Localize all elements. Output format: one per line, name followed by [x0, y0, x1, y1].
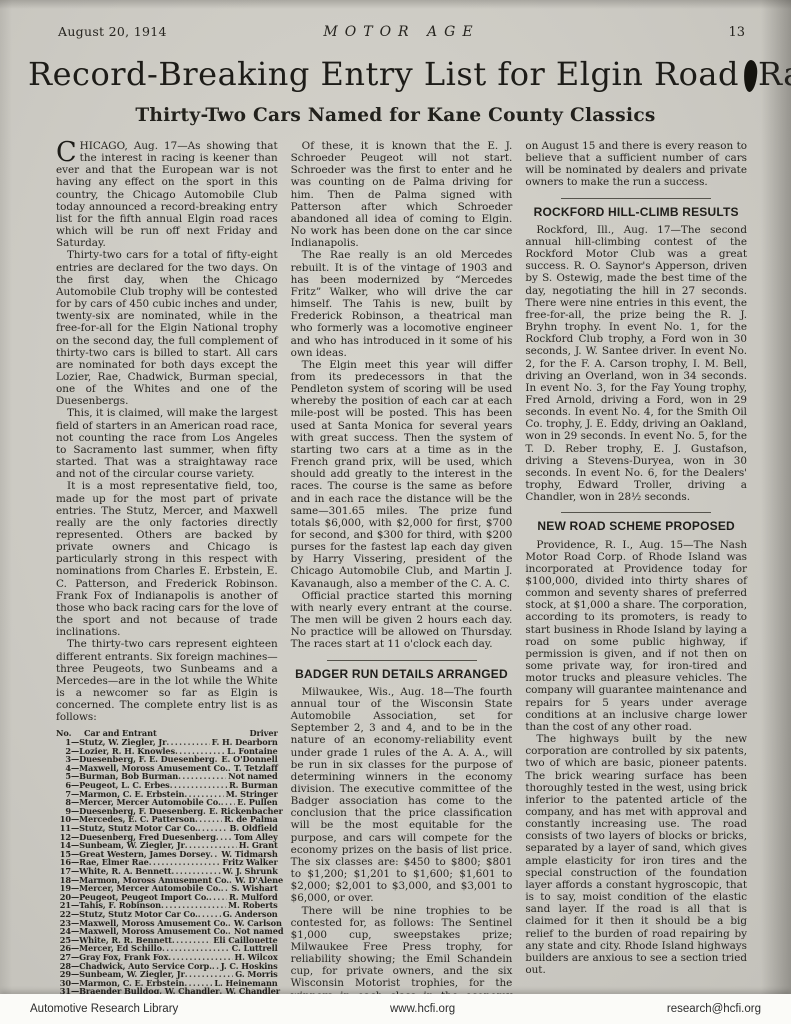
entry-list-header: No. Car and Entrant Driver [56, 729, 278, 738]
dot-leader [184, 790, 223, 799]
headline-text-right: Races [758, 55, 791, 93]
dot-leader [221, 884, 230, 893]
dot-leader [212, 962, 219, 971]
dot-leader [184, 979, 212, 988]
column-1-paragraphs: Thirty-two cars for a total of fifty-eig… [56, 249, 278, 723]
header-no: No. [56, 729, 80, 738]
entry-list-rows: 1—Stutz, W. Ziegler, JrF. H. Dearborn2—L… [56, 738, 278, 1013]
section-divider [327, 660, 477, 661]
dot-leader [175, 747, 225, 756]
dot-leader [215, 755, 220, 764]
dot-leader [228, 764, 232, 773]
headline-text-left: Record-Breaking Entry List for Elgin Roa… [28, 55, 739, 93]
paragraph: The Elgin meet this year will differ fro… [291, 359, 513, 590]
section-heading: NEW ROAD SCHEME PROPOSED [525, 520, 747, 532]
dot-leader [209, 893, 227, 902]
paragraph: This, it is claimed, will make the large… [56, 407, 278, 480]
paragraph: The Rae really is an old Mercedes rebuil… [291, 249, 513, 358]
dot-leader [168, 953, 232, 962]
lead-paragraph-text: HICAGO, Aug. 17—As showing that the inte… [56, 140, 278, 249]
article-subheadline: Thirty-Two Cars Named for Kane County Cl… [0, 105, 791, 126]
scan-footer: Automotive Research Library www.hcfi.org… [0, 994, 791, 1024]
paragraph: Providence, R. I., Aug. 15—The Nash Moto… [525, 539, 747, 734]
drop-cap: C [56, 140, 80, 163]
header-car-and-entrant: Car and Entrant [80, 729, 249, 738]
dot-leader [172, 936, 211, 945]
masthead: August 20, 1914 MOTOR AGE 13 [0, 0, 791, 40]
dot-leader [185, 970, 234, 979]
dot-leader [228, 927, 232, 936]
dot-leader [221, 798, 235, 807]
dot-leader [198, 910, 221, 919]
article-columns: CHICAGO, Aug. 17—As showing that the int… [0, 126, 791, 1014]
footer-library-name: Automotive Research Library [30, 1003, 178, 1015]
dot-leader [228, 919, 232, 928]
header-driver: Driver [249, 729, 277, 738]
paragraph: The highways built by the new corporatio… [525, 733, 747, 976]
paragraph: The thirty-two cars represent eighteen d… [56, 638, 278, 723]
column-3: on August 15 and there is every reason t… [525, 140, 747, 1014]
dot-leader [229, 876, 233, 885]
dot-leader [195, 815, 222, 824]
continuation-paragraph: on August 15 and there is every reason t… [525, 140, 747, 189]
dot-leader [166, 738, 209, 747]
column-2: Of these, it is known that the E. J. Sch… [291, 140, 513, 1014]
footer-website: www.hcfi.org [390, 1003, 455, 1015]
dot-leader [210, 850, 219, 859]
paragraph: Thirty-two cars for a total of fifty-eig… [56, 249, 278, 407]
column-1: CHICAGO, Aug. 17—As showing that the int… [56, 140, 278, 1014]
ink-blot [743, 60, 758, 93]
paragraph: Milwaukee, Wis., Aug. 18—The fourth annu… [291, 686, 513, 905]
section-heading-badger-run: BADGER RUN DETAILS ARRANGED [291, 668, 513, 680]
paragraph: Of these, it is known that the E. J. Sch… [291, 140, 513, 249]
dot-leader [170, 781, 227, 790]
section-heading: ROCKFORD HILL-CLIMB RESULTS [525, 206, 747, 218]
dot-leader [171, 867, 220, 876]
issue-date: August 20, 1914 [58, 24, 228, 39]
article-headline: Record-Breaking Entry List for Elgin Roa… [28, 55, 763, 93]
publication-title: MOTOR AGE [228, 24, 575, 40]
footer-email: research@hcfi.org [667, 1003, 761, 1015]
section-divider [561, 512, 711, 513]
dot-leader [216, 833, 232, 842]
column-2-paragraphs: Of these, it is known that the E. J. Sch… [291, 140, 513, 651]
dot-leader [161, 901, 226, 910]
magazine-page-scan: August 20, 1914 MOTOR AGE 13 Record-Brea… [0, 0, 791, 1024]
column-3-sections: ROCKFORD HILL-CLIMB RESULTSRockford, Ill… [525, 198, 747, 977]
column-2-paragraphs-bottom: Milwaukee, Wis., Aug. 18—The fourth annu… [291, 686, 513, 1014]
lead-paragraph: CHICAGO, Aug. 17—As showing that the int… [56, 140, 278, 249]
dot-leader [178, 772, 226, 781]
dot-leader [203, 807, 207, 816]
entry-list-table: No. Car and Entrant Driver 1—Stutz, W. Z… [56, 729, 278, 1014]
dot-leader [149, 858, 221, 867]
paragraph: Rockford, Ill., Aug. 17—The second annua… [525, 224, 747, 504]
paragraph: It is a most representative field, too, … [56, 480, 278, 638]
paragraph: Official practice started this morning w… [291, 590, 513, 651]
page-number: 13 [575, 25, 745, 40]
dot-leader [185, 841, 237, 850]
section-divider [561, 198, 711, 199]
dot-leader [162, 944, 230, 953]
dot-leader [198, 824, 228, 833]
